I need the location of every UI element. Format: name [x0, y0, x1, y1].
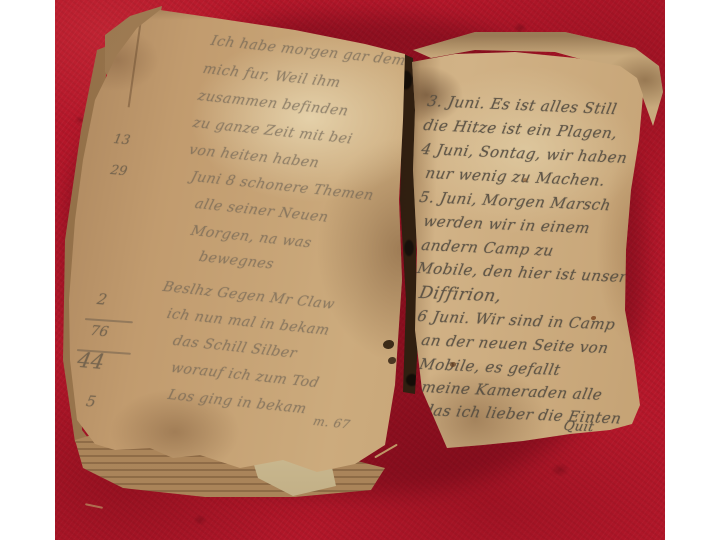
- handwriting-line: zusammen befinden: [196, 89, 350, 118]
- handwriting-line: ich nun mal in bekam: [165, 307, 331, 338]
- handwriting-line: Mobile, den hier ist unsere: [416, 261, 638, 285]
- handwriting-line: von heiten haben: [187, 143, 321, 170]
- handwriting-line: 4 Juni, Sontag, wir haben: [420, 142, 629, 166]
- photo-white-margin-right: [665, 0, 720, 540]
- handwriting-line: werden wir in einem: [422, 214, 591, 236]
- ink-stain: [388, 357, 396, 364]
- handwriting-line: Diffirion,: [418, 285, 504, 305]
- rust-spot: [591, 316, 596, 320]
- margin-number: 2: [96, 290, 109, 309]
- rust-spot: [450, 362, 456, 367]
- handwriting-line: Beslhz Gegen Mr Claw: [161, 280, 336, 312]
- handwriting-line: die Hitze ist ein Plagen,: [422, 118, 619, 141]
- margin-number: 76: [89, 323, 110, 340]
- handwriting-line: alle seiner Neuen: [193, 197, 330, 225]
- diary-photograph: Ich habe morgen gar dem mich fur, Weil i…: [55, 0, 665, 540]
- handwriting-line: 5. Juni, Morgen Marsch: [418, 190, 612, 213]
- handwriting-line: 6 Juni. Wir sind in Camp: [416, 309, 617, 333]
- rust-spot: [523, 178, 527, 182]
- handwriting-line: mich fur, Weil ihm: [201, 62, 342, 90]
- handwriting-line: worauf ich zum Tod: [169, 361, 321, 390]
- handwriting-line: 3. Juni. Es ist alles Still: [426, 94, 618, 117]
- handwriting-line: m. 67: [312, 415, 352, 431]
- handwriting-line: bewegnes: [197, 250, 275, 272]
- photo-white-margin-left: [0, 0, 55, 540]
- margin-number: 13: [112, 132, 131, 148]
- photo-frame: Ich habe morgen gar dem mich fur, Weil i…: [0, 0, 720, 540]
- handwriting-line: Mobile, es gefallt: [418, 357, 562, 378]
- handwriting-line: nur wenig zu Machen.: [424, 166, 607, 189]
- handwriting-line: Los ging in bekam: [166, 388, 308, 416]
- margin-number: 29: [109, 163, 128, 179]
- handwriting-line: zu ganze Zeit mit bei: [191, 116, 354, 146]
- handwriting-line: andern Camp zu: [420, 238, 555, 259]
- handwriting-line: meine Kameraden alle: [420, 380, 604, 403]
- margin-number: 5: [85, 392, 98, 411]
- handwriting-line: an der neuen Seite von: [420, 333, 610, 356]
- ink-stain: [383, 340, 394, 349]
- handwriting-line: das Schill Silber: [171, 334, 298, 361]
- handwriting-line: Morgen, na was: [189, 224, 313, 250]
